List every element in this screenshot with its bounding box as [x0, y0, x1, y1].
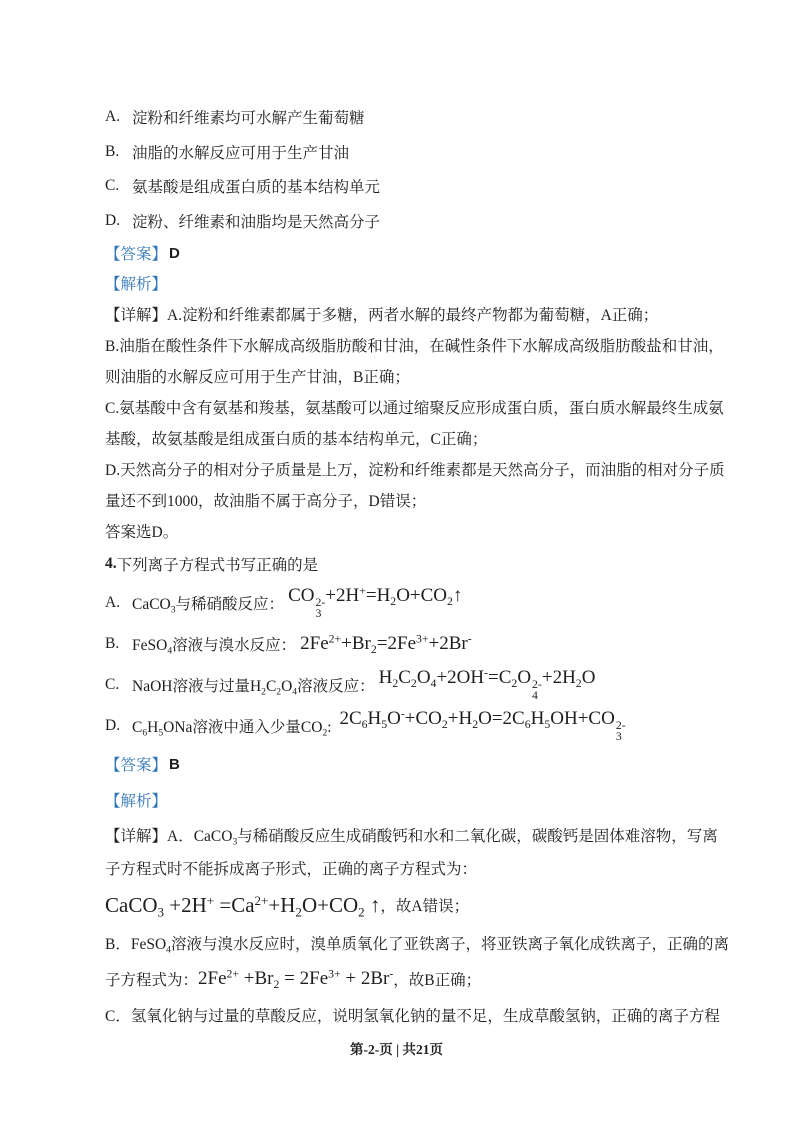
detail-line: 答案选D。: [105, 515, 697, 546]
q3-option-b: B. 油脂的水解反应可用于生产甘油: [105, 135, 697, 170]
option-text: C6H5ONa溶液中通入少量CO2:: [132, 715, 335, 737]
q4-option-b: B. FeSO4溶液与溴水反应： 2Fe2++Br2=2Fe3++2Br-: [105, 623, 697, 664]
detail-equation-line: 子方程式为： 2Fe2+ +Br2 = 2Fe3+ + 2Br- ，故B正确；: [105, 960, 697, 998]
detail-text: 【详解】A.淀粉和纤维素都属于多糖，两者水解的最终产物都为葡萄糖，A正确；: [105, 303, 658, 325]
option-formula: CO2-3+2H+=H2O+CO2↑: [288, 585, 462, 619]
analysis-label: 【解析】: [105, 272, 167, 294]
q4-heading: 4. 下列离子方程式书写正确的是: [105, 546, 697, 582]
option-formula: 2Fe2++Br2=2Fe3++2Br-: [300, 633, 472, 655]
option-letter: C.: [105, 676, 132, 694]
detail-line: 基酸，故氨基酸是组成蛋白质的基本结构单元，C正确；: [105, 422, 697, 453]
detail-line: 量还不到1000，故油脂不属于高分子，D错误；: [105, 484, 697, 515]
chemical-equation: CaCO3 +2H+ =Ca2++H2O+CO2 ↑: [105, 893, 380, 918]
detail-text: C.氨基酸中含有氨基和羧基，氨基酸可以通过缩聚反应形成蛋白质，蛋白质水解最终生成…: [105, 396, 724, 418]
option-letter: D.: [105, 212, 132, 230]
option-text: 油脂的水解反应可用于生产甘油: [132, 141, 349, 163]
detail-equation-line: CaCO3 +2H+ =Ca2++H2O+CO2 ↑ ，故A错误；: [105, 884, 697, 926]
q4-option-a: A. CaCO3与稀硝酸反应： CO2-3+2H+=H2O+CO2↑: [105, 582, 697, 623]
q3-analysis-line: 【解析】: [105, 268, 697, 298]
detail-line: 【详解】A．CaCO3与稀硝酸反应生成硝酸钙和水和二氧化碳，碳酸钙是固体难溶物，…: [105, 818, 697, 851]
equation-prefix: 子方程式为：: [105, 968, 198, 990]
detail-text: 【详解】A．CaCO3与稀硝酸反应生成硝酸钙和水和二氧化碳，碳酸钙是固体难溶物，…: [105, 824, 718, 846]
option-text: 氨基酸是组成蛋白质的基本结构单元: [132, 175, 380, 197]
detail-text: 量还不到1000，故油脂不属于高分子，D错误；: [105, 489, 426, 511]
question-title: 下列离子方程式书写正确的是: [117, 553, 319, 575]
option-text: FeSO4溶液与溴水反应：: [132, 633, 296, 655]
detail-line: D.天然高分子的相对分子质量是上万，淀粉和纤维素都是天然高分子，而油脂的相对分子…: [105, 453, 697, 484]
detail-text: 基酸，故氨基酸是组成蛋白质的基本结构单元，C正确；: [105, 427, 487, 449]
option-letter: B.: [105, 143, 132, 161]
q4-option-d: D. C6H5ONa溶液中通入少量CO2: 2C6H5O-+CO2+H2O=2C…: [105, 705, 697, 746]
q3-detail: 【详解】A.淀粉和纤维素都属于多糖，两者水解的最终产物都为葡萄糖，A正确； B.…: [105, 298, 697, 546]
detail-text: B.油脂在酸性条件下水解成高级脂肪酸和甘油，在碱性条件下水解成高级脂肪酸盐和甘油…: [105, 334, 724, 356]
option-text: 淀粉和纤维素均可水解产生葡萄糖: [132, 106, 365, 128]
detail-text: B．FeSO4溶液与溴水反应时，溴单质氧化了亚铁离子，将亚铁离子氧化成铁离子，正…: [105, 932, 729, 954]
chemical-equation: 2Fe2+ +Br2 = 2Fe3+ + 2Br-: [198, 968, 393, 990]
q4-analysis-line: 【解析】: [105, 782, 697, 818]
detail-line: 则油脂的水解反应可用于生产甘油，B正确；: [105, 360, 697, 391]
detail-text: C．氢氧化钠与过量的草酸反应，说明氢氧化钠的量不足，生成草酸氢钠，正确的离子方程: [105, 1004, 720, 1026]
detail-text: 则油脂的水解反应可用于生产甘油，B正确；: [105, 365, 410, 387]
option-letter: C.: [105, 177, 132, 195]
q4-option-c: C. NaOH溶液与过量H2C2O4溶液反应： H2C2O4+2OH-=C2O2…: [105, 664, 697, 705]
answer-value: D: [169, 245, 180, 262]
q3-option-a: A. 淀粉和纤维素均可水解产生葡萄糖: [105, 100, 697, 135]
option-text: NaOH溶液与过量H2C2O4溶液反应：: [132, 674, 375, 696]
page-content: A. 淀粉和纤维素均可水解产生葡萄糖 B. 油脂的水解反应可用于生产甘油 C. …: [105, 100, 697, 1032]
q4-answer-line: 【答案】 B: [105, 746, 697, 782]
page-number-text: 第-2-页 | 共21页: [350, 1042, 443, 1057]
option-formula: 2C6H5O-+CO2+H2O=2C6H5OH+CO2-3: [339, 708, 625, 742]
document-page: { "colors": { "label_blue": "#2E74B5", "…: [0, 0, 793, 1122]
q3-option-d: D. 淀粉、纤维素和油脂均是天然高分子: [105, 204, 697, 239]
option-letter: B.: [105, 635, 132, 653]
detail-line: 【详解】A.淀粉和纤维素都属于多糖，两者水解的最终产物都为葡萄糖，A正确；: [105, 298, 697, 329]
page-footer: 第-2-页 | 共21页: [0, 1038, 793, 1058]
analysis-label: 【解析】: [105, 789, 167, 811]
detail-text: D.天然高分子的相对分子质量是上万，淀粉和纤维素都是天然高分子，而油脂的相对分子…: [105, 458, 725, 480]
equation-suffix: ，故B正确；: [393, 968, 481, 990]
option-letter: A.: [105, 594, 132, 612]
answer-label: 【答案】: [105, 242, 167, 264]
q3-option-c: C. 氨基酸是组成蛋白质的基本结构单元: [105, 169, 697, 204]
option-text: CaCO3与稀硝酸反应：: [132, 592, 284, 614]
option-letter: D.: [105, 717, 132, 735]
detail-line: B.油脂在酸性条件下水解成高级脂肪酸和甘油，在碱性条件下水解成高级脂肪酸盐和甘油…: [105, 329, 697, 360]
detail-line: C．氢氧化钠与过量的草酸反应，说明氢氧化钠的量不足，生成草酸氢钠，正确的离子方程: [105, 998, 697, 1032]
detail-line: C.氨基酸中含有氨基和羧基，氨基酸可以通过缩聚反应形成蛋白质，蛋白质水解最终生成…: [105, 391, 697, 422]
question-number: 4.: [105, 555, 117, 573]
detail-text: 答案选D。: [105, 520, 178, 542]
q3-answer-line: 【答案】 D: [105, 238, 697, 268]
q4-detail: 【详解】A．CaCO3与稀硝酸反应生成硝酸钙和水和二氧化碳，碳酸钙是固体难溶物，…: [105, 818, 697, 1032]
detail-text: 子方程式时不能拆成离子形式，正确的离子方程式为：: [105, 857, 477, 879]
answer-label: 【答案】: [105, 753, 167, 775]
q4-options: A. CaCO3与稀硝酸反应： CO2-3+2H+=H2O+CO2↑ B. Fe…: [105, 582, 697, 746]
q3-options: A. 淀粉和纤维素均可水解产生葡萄糖 B. 油脂的水解反应可用于生产甘油 C. …: [105, 100, 697, 238]
option-letter: A.: [105, 108, 132, 126]
detail-line: 子方程式时不能拆成离子形式，正确的离子方程式为：: [105, 851, 697, 884]
option-text: 淀粉、纤维素和油脂均是天然高分子: [132, 210, 380, 232]
detail-line: B．FeSO4溶液与溴水反应时，溴单质氧化了亚铁离子，将亚铁离子氧化成铁离子，正…: [105, 926, 697, 960]
option-formula: H2C2O4+2OH-=C2O2-4+2H2O: [379, 667, 596, 701]
answer-value: B: [169, 756, 180, 773]
equation-suffix: ，故A错误；: [380, 894, 469, 916]
